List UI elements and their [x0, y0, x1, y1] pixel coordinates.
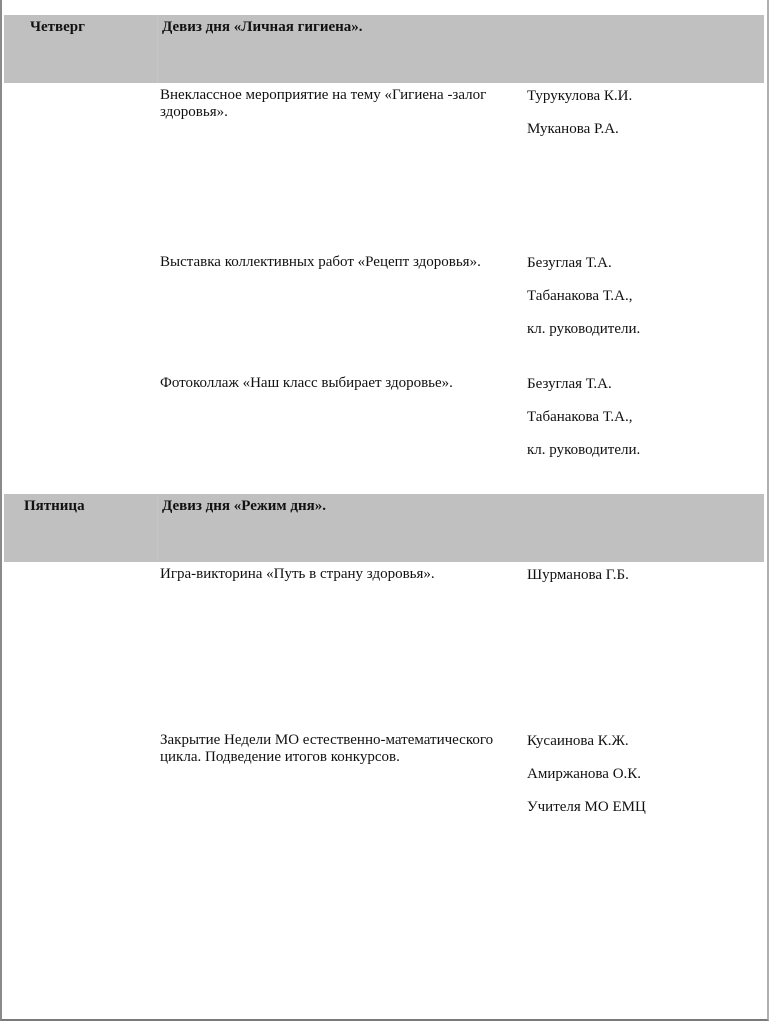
day-header-thursday: Четверг Девиз дня «Личная гигиена».	[4, 15, 764, 83]
event-description: Фотоколлаж «Наш класс выбирает здоровье»…	[160, 375, 510, 392]
responsible-person: Шурманова Г.Б.	[527, 565, 767, 598]
responsible-person: Амиржанова О.К.	[527, 764, 767, 797]
responsible-person: Кусаинова К.Ж.	[527, 731, 767, 764]
column-divider	[157, 494, 158, 562]
event-description: Игра-викторина «Путь в страну здоровья».	[160, 566, 510, 583]
responsible-cell: Безуглая Т.А. Табанакова Т.А., кл. руков…	[527, 374, 767, 473]
column-divider	[157, 15, 158, 83]
responsible-person: Табанакова Т.А.,	[527, 286, 767, 319]
day-header-friday: Пятница Девиз дня «Режим дня».	[4, 494, 764, 562]
responsible-person: Безуглая Т.А.	[527, 253, 767, 286]
responsible-cell: Безуглая Т.А. Табанакова Т.А., кл. руков…	[527, 253, 767, 352]
responsible-cell: Кусаинова К.Ж. Амиржанова О.К. Учителя М…	[527, 731, 767, 830]
day-label: Пятница	[24, 498, 85, 515]
day-motto: Девиз дня «Личная гигиена».	[162, 19, 363, 36]
event-description: Выставка коллективных работ «Рецепт здор…	[160, 254, 510, 271]
document-page: Четверг Девиз дня «Личная гигиена». 23.1…	[0, 0, 769, 1021]
responsible-cell: Турукулова К.И. Муканова Р.А.	[527, 86, 767, 152]
responsible-person: Турукулова К.И.	[527, 86, 767, 119]
responsible-person: Учителя МО ЕМЦ	[527, 797, 767, 830]
responsible-cell: Шурманова Г.Б.	[527, 565, 767, 598]
responsible-person: Табанакова Т.А.,	[527, 407, 767, 440]
day-motto: Девиз дня «Режим дня».	[162, 498, 326, 515]
responsible-person: кл. руководители.	[527, 319, 767, 352]
day-label: Четверг	[30, 19, 85, 36]
event-description: Внеклассное мероприятие на тему «Гигиена…	[160, 87, 510, 121]
responsible-person: Муканова Р.А.	[527, 119, 767, 152]
responsible-person: Безуглая Т.А.	[527, 374, 767, 407]
responsible-person: кл. руководители.	[527, 440, 767, 473]
event-description: Закрытие Недели МО естественно-математич…	[160, 732, 505, 766]
